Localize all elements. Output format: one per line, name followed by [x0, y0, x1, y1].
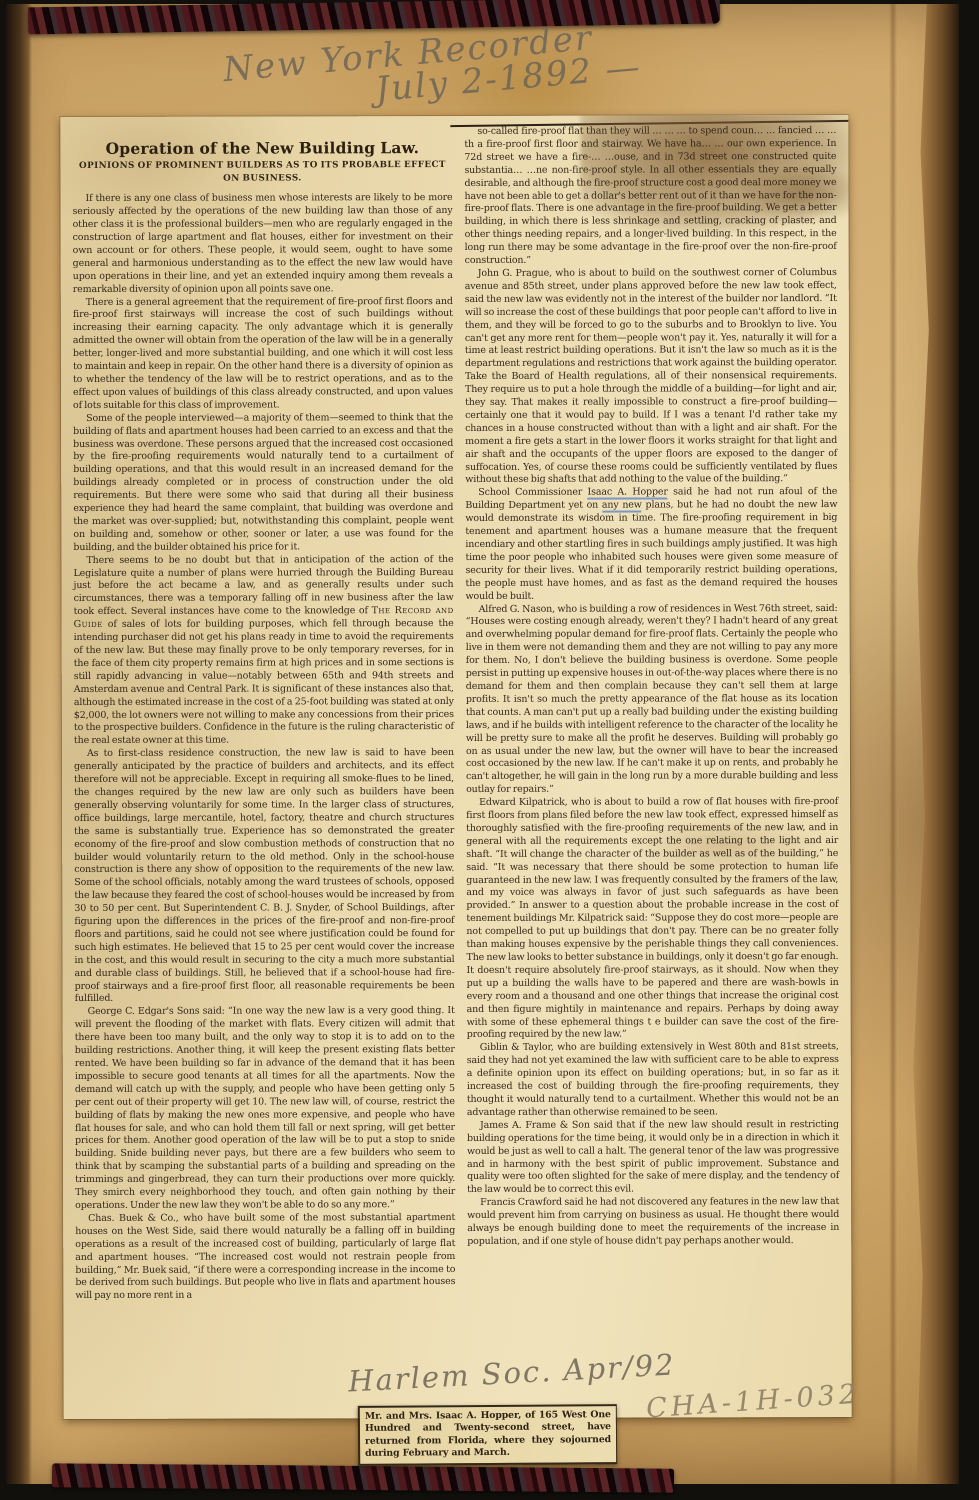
blue-pencil-underline: any new [602, 500, 642, 513]
article-paragraph: John G. Prague, who is about to build on… [465, 267, 838, 487]
article-paragraph: School Commissioner Isaac A. Hopper said… [465, 486, 837, 603]
book-binding-edge [6, 4, 32, 1484]
page-crease [889, 4, 897, 1484]
article-paragraph: George C. Edgar's Sons said: “In one way… [75, 1005, 456, 1212]
article-right-paragraphs: so-called fire-proof flat than they will… [464, 125, 839, 1249]
article-paragraph: As to first-class residence construction… [74, 747, 455, 1006]
newspaper-clipping: Operation of the New Building Law. OPINI… [60, 115, 851, 1419]
small-caps-name: The Record and Guide [74, 605, 454, 630]
article-paragraph: Giblin & Taylor, who are building extens… [467, 1041, 839, 1119]
marbled-cover-edge-bottom [52, 1463, 674, 1492]
article-paragraph: There seems to be no doubt but that in a… [73, 554, 454, 749]
article-paragraph: If there is any one class of business me… [72, 192, 452, 296]
hopper-note-text: Mr. and Mrs. Isaac A. Hopper, of 165 Wes… [365, 1409, 611, 1460]
article-paragraph: There is a general agreement that the re… [73, 296, 453, 413]
article-title: Operation of the New Building Law. [72, 142, 452, 156]
article-paragraph: Edward Kilpatrick, who is about to build… [466, 796, 839, 1042]
article-paragraph: so-called fire-proof flat than they will… [464, 125, 836, 268]
article-subtitle: OPINIONS OF PROMINENT BUILDERS AS TO ITS… [72, 159, 452, 186]
article-column-right: so-called fire-proof flat than they will… [464, 125, 839, 1249]
scrapbook-page: New York Recorder July 2-1892 — Operatio… [6, 4, 959, 1484]
article-paragraph: Some of the people interviewed—a majorit… [73, 412, 453, 555]
article-paragraph: Chas. Buek & Co., who have built some of… [75, 1212, 455, 1303]
article-paragraph: James A. Frame & Son said that if the ne… [467, 1119, 839, 1197]
article-column-left: Operation of the New Building Law. OPINI… [72, 142, 455, 1303]
article-paragraph: Alfred G. Nason, who is building a row o… [466, 603, 839, 798]
article-paragraph: Francis Crawford said he had not discove… [467, 1196, 839, 1249]
torn-page-edge-right [907, 4, 959, 1484]
hopper-note-clipping: Mr. and Mrs. Isaac A. Hopper, of 165 Wes… [358, 1404, 617, 1465]
article-left-paragraphs: If there is any one class of business me… [72, 192, 455, 1303]
blue-pencil-underline: Isaac A. Hopper [588, 487, 668, 500]
